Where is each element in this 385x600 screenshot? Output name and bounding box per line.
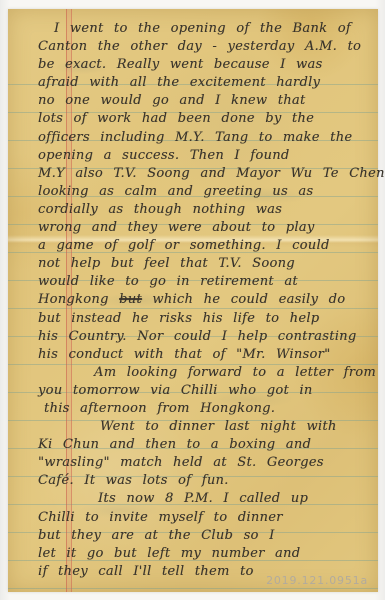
letter-line: a game of golf or something. I could [38, 237, 366, 255]
letter-line: Its now 8 P.M. I called up [38, 490, 366, 508]
letter-line: no one would go and I knew that [38, 92, 366, 110]
letter-line: you tomorrow via Chilli who got in [38, 382, 366, 400]
letter-line: M.Y also T.V. Soong and Mayor Wu Te Chen [38, 165, 366, 183]
letter-line: Am looking forward to a letter from [38, 364, 366, 382]
letter-line: not help but feel that T.V. Soong [38, 255, 366, 273]
letter-line: officers including M.Y. Tang to make the [38, 129, 366, 147]
letter-line: opening a success. Then I found [38, 147, 366, 165]
letter-line: but instead he risks his life to help [38, 310, 366, 328]
letter-body: I went to the opening of the Bank ofCant… [38, 20, 366, 581]
letter-line: Hongkong but which he could easily do [38, 291, 366, 309]
letter-line: be exact. Really went because I was [38, 56, 366, 74]
letter-line: afraid with all the excitement hardly [38, 74, 366, 92]
letter-line: Canton the other day - yesterday A.M. to [38, 38, 366, 56]
letter-line: Chilli to invite myself to dinner [38, 509, 366, 527]
letter-line: let it go but left my number and [38, 545, 366, 563]
letter-line: Went to dinner last night with [38, 418, 366, 436]
letter-line: his conduct with that of "Mr. Winsor" [38, 346, 366, 364]
letter-line: his Country. Nor could I help contrastin… [38, 328, 366, 346]
scanned-letter: I went to the opening of the Bank ofCant… [0, 0, 385, 600]
letter-line: this afternoon from Hongkong. [38, 400, 366, 418]
struck-word: but [119, 292, 142, 307]
letter-line: I went to the opening of the Bank of [38, 20, 366, 38]
letter-line: "wrasling" match held at St. Georges [38, 454, 366, 472]
letter-line: Café. It was lots of fun. [38, 472, 366, 490]
letter-line: cordially as though nothing was [38, 201, 366, 219]
letter-line: wrong and they were about to play [38, 219, 366, 237]
letter-paper: I went to the opening of the Bank ofCant… [8, 9, 378, 592]
letter-line: but they are at the Club so I [38, 527, 366, 545]
letter-line: Ki Chun and then to a boxing and [38, 436, 366, 454]
letter-line: lots of work had been done by the [38, 110, 366, 128]
catalog-number: 2019.121.0951a [266, 574, 368, 587]
letter-line: looking as calm and greeting us as [38, 183, 366, 201]
letter-line: would like to go in retirement at [38, 273, 366, 291]
